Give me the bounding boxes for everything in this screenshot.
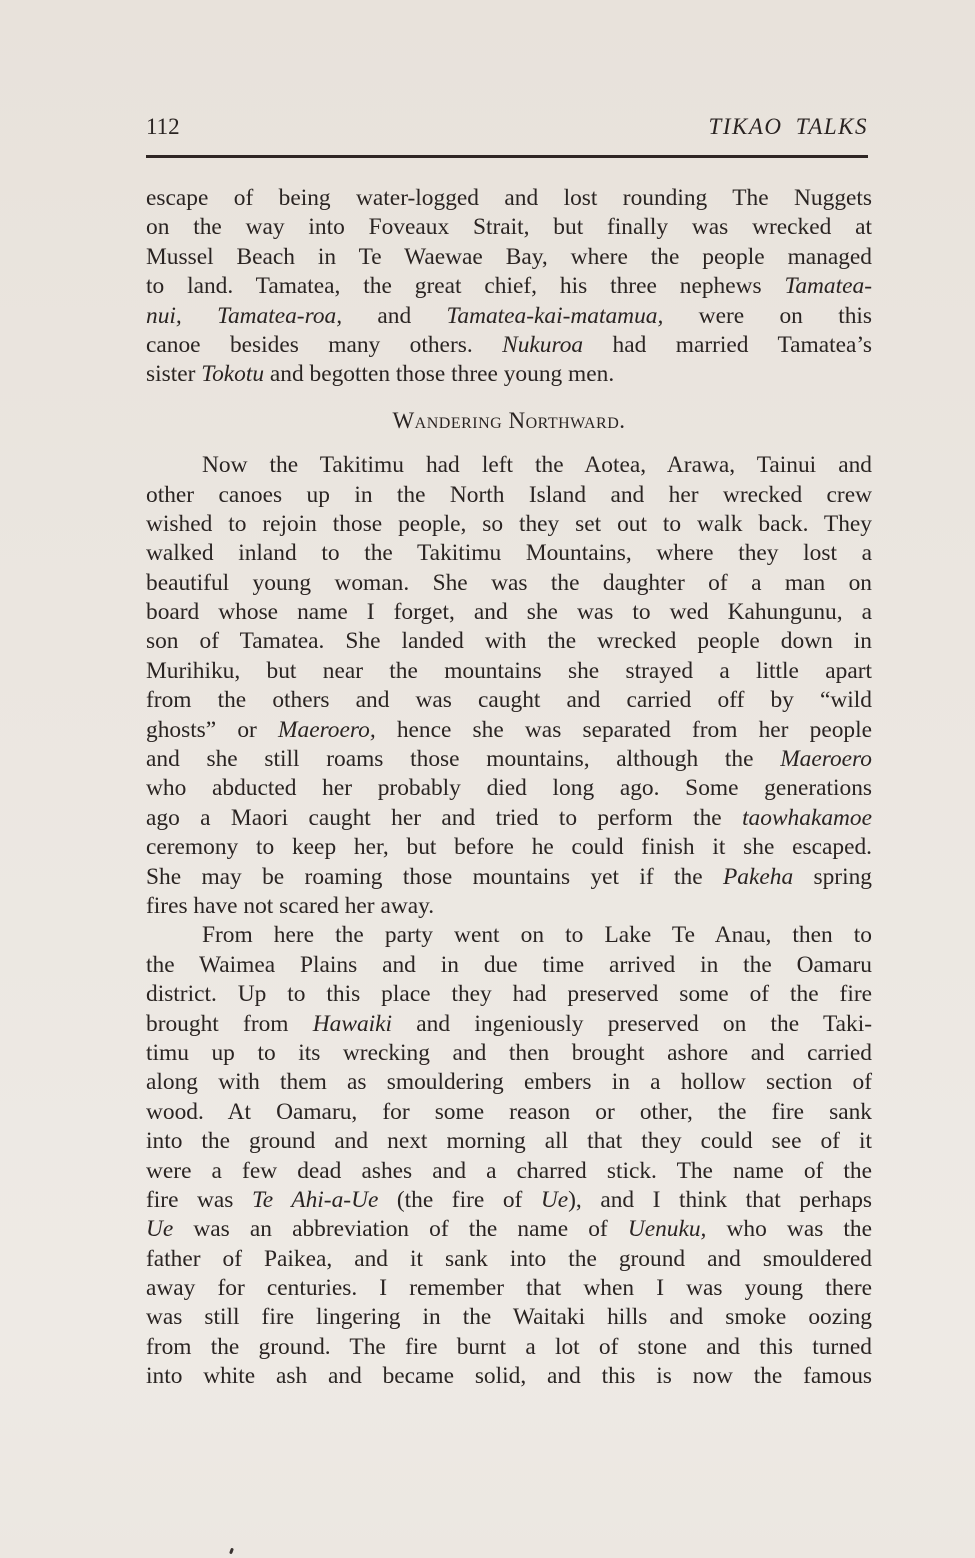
text-line: who abducted her probably died long ago.… — [146, 774, 872, 803]
text-line: other canoes up in the North Island and … — [146, 481, 872, 510]
text-line: from the others and was caught and carri… — [146, 686, 872, 715]
page-number: 112 — [146, 112, 180, 142]
text-line: Mussel Beach in Te Waewae Bay, where the… — [146, 243, 872, 272]
text-line: Ue was an abbreviation of the name of Ue… — [146, 1215, 872, 1244]
paragraph-1: escape of being water-logged and lost ro… — [146, 184, 872, 390]
text-line: father of Paikea, and it sank into the g… — [146, 1245, 872, 1274]
header-rule — [146, 155, 868, 158]
text-line: away for centuries. I remember that when… — [146, 1274, 872, 1303]
text-line: son of Tamatea. She landed with the wrec… — [146, 627, 872, 656]
text-line: beautiful young woman. She was the daugh… — [146, 569, 872, 598]
text-line: escape of being water-logged and lost ro… — [146, 184, 872, 213]
text-line: canoe besides many others. Nukuroa had m… — [146, 331, 872, 360]
text-line: From here the party went on to Lake Te A… — [146, 921, 872, 950]
maori-term: Uenuku, — [628, 1216, 707, 1242]
text-line: were a few dead ashes and a charred stic… — [146, 1157, 872, 1186]
text-line: board whose name I forget, and she was t… — [146, 598, 872, 627]
text-line: She may be roaming those mountains yet i… — [146, 863, 872, 892]
text-line: wished to rejoin those people, so they s… — [146, 510, 872, 539]
text-line: into white ash and became solid, and thi… — [146, 1362, 872, 1391]
text-line: to land. Tamatea, the great chief, his t… — [146, 272, 872, 301]
maori-term: Pakeha — [723, 864, 793, 890]
ink-speck — [229, 1548, 234, 1555]
maori-term: Tamatea- — [784, 273, 872, 299]
body-text: escape of being water-logged and lost ro… — [146, 184, 872, 1392]
section-heading: Wandering Northward. — [146, 406, 872, 435]
paragraph-2: Now the Takitimu had left the Aotea, Ara… — [146, 451, 872, 921]
maori-term: Maeroero, — [278, 717, 376, 743]
text-line: Murihiku, but near the mountains she str… — [146, 657, 872, 686]
maori-term: Tokotu — [201, 361, 264, 387]
text-line: walked inland to the Takitimu Mountains,… — [146, 539, 872, 568]
maori-term: Te Ahi-a-Ue — [252, 1187, 378, 1213]
maori-term: Hawaiki — [313, 1011, 392, 1037]
book-page: 112 TIKAO TALKS escape of being water-lo… — [0, 0, 975, 1558]
text-line: sister Tokotu and begotten those three y… — [146, 360, 872, 389]
maori-term: Ue — [541, 1187, 568, 1213]
text-line: and she still roams those mountains, alt… — [146, 745, 872, 774]
text-line: along with them as smouldering embers in… — [146, 1068, 872, 1097]
text-line: ago a Maori caught her and tried to perf… — [146, 804, 872, 833]
paragraph-3: From here the party went on to Lake Te A… — [146, 921, 872, 1391]
text-line: into the ground and next morning all tha… — [146, 1127, 872, 1156]
text-line: district. Up to this place they had pres… — [146, 980, 872, 1009]
maori-term: Ue — [146, 1216, 173, 1242]
maori-term: Maeroero — [780, 746, 872, 772]
text-line: was still fire lingering in the Waitaki … — [146, 1303, 872, 1332]
running-title: TIKAO TALKS — [709, 112, 868, 142]
text-line: nui, Tamatea-roa, and Tamatea-kai-matamu… — [146, 302, 872, 331]
text-line: from the ground. The fire burnt a lot of… — [146, 1333, 872, 1362]
maori-term: Nukuroa — [502, 332, 583, 358]
maori-term: nui, Tamatea-roa, — [146, 303, 342, 329]
text-line: on the way into Foveaux Strait, but fina… — [146, 213, 872, 242]
running-head: 112 TIKAO TALKS — [146, 112, 868, 142]
text-line: wood. At Oamaru, for some reason or othe… — [146, 1098, 872, 1127]
maori-term: Tamatea-kai-matamua, — [447, 303, 664, 329]
text-line: fire was Te Ahi-a-Ue (the fire of Ue), a… — [146, 1186, 872, 1215]
text-line: the Waimea Plains and in due time arrive… — [146, 951, 872, 980]
text-line: timu up to its wrecking and then brought… — [146, 1039, 872, 1068]
text-line: fires have not scared her away. — [146, 892, 872, 921]
text-line: ghosts” or Maeroero, hence she was separ… — [146, 716, 872, 745]
maori-term: taowhakamoe — [742, 805, 872, 831]
text-line: Now the Takitimu had left the Aotea, Ara… — [146, 451, 872, 480]
text-line: brought from Hawaiki and ingeniously pre… — [146, 1010, 872, 1039]
text-line: ceremony to keep her, but before he coul… — [146, 833, 872, 862]
